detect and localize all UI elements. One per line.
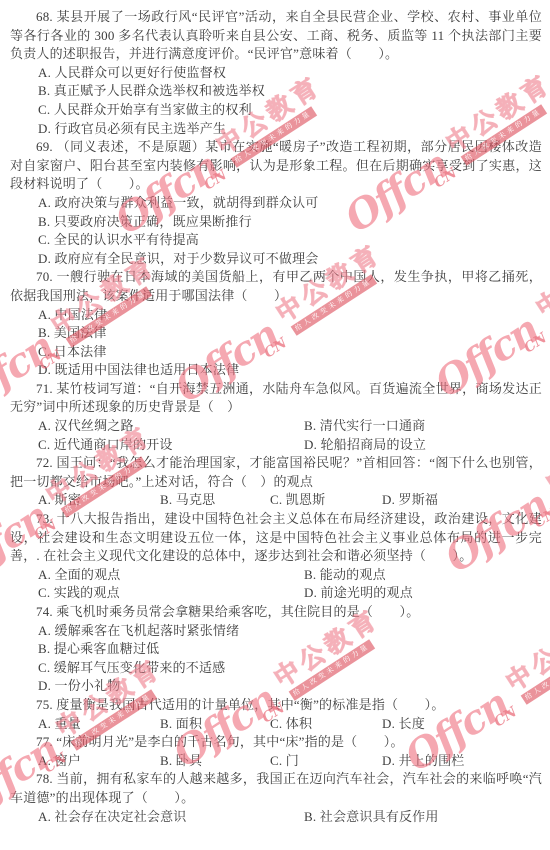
question-block: 73. 十八大报告指出，建设中国特色社会主义总体在布局经济建设，政治建设，文化建… (10, 510, 542, 603)
option-item: D. 罗斯福 (382, 491, 542, 510)
option-item: C. 实践的观点 (10, 584, 276, 603)
question-stem: 72. 国王问：“我怎么才能治理国家，才能富国裕民呢？”首相回答：“阁下什么也别… (10, 454, 542, 491)
question-list: 68. 某县开展了一场政行风“民评官”活动，来自全县民营企业、学校、农村、事业单… (10, 8, 542, 826)
option-item: C. 体积 (270, 715, 382, 734)
option-item: B. 美国法律 (10, 324, 542, 343)
option-group: A. 政府决策与群众利益一致，就胡得到群众认可B. 只要政府决策正确，既应果断推… (10, 194, 542, 268)
option-group: A. 全面的观点B. 能动的观点C. 实践的观点D. 前途光明的观点 (10, 566, 542, 603)
question-block: 72. 国王问：“我怎么才能治理国家，才能富国裕民呢？”首相回答：“阁下什么也别… (10, 454, 542, 510)
question-block: 71. 某竹枝词写道：“自开海禁五洲通，水陆舟车急似风。百货遍流全世界，商场发达… (10, 380, 542, 454)
option-item: C. 全民的认识水平有待提高 (10, 231, 542, 250)
question-block: 68. 某县开展了一场政行风“民评官”活动，来自全县民营企业、学校、农村、事业单… (10, 8, 542, 138)
option-item: A. 窗户 (10, 752, 160, 771)
option-item: B. 真正赋予人民群众选举权和被选举权 (10, 82, 542, 101)
question-stem: 73. 十八大报告指出，建设中国特色社会主义总体在布局经济建设，政治建设，文化建… (10, 510, 542, 566)
watermark-brand-text: 中公教育 (541, 410, 550, 498)
option-item: B. 社会意识具有反作用 (276, 808, 542, 827)
option-item: B. 马克思 (160, 491, 270, 510)
question-stem: 68. 某县开展了一场政行风“民评官”活动，来自全县民营企业、学校、农村、事业单… (10, 8, 542, 64)
option-group: A. 斯密B. 马克思C. 凯恩斯D. 罗斯福 (10, 491, 542, 510)
option-group: A. 人民群众可以更好行使监督权B. 真正赋予人民群众选举权和被选举权C. 人民… (10, 64, 542, 138)
option-item: C. 近代通商口岸的开设 (10, 436, 276, 455)
option-item: B. 提心乘客血糖过低 (10, 640, 542, 659)
question-stem: 70. 一艘行驶在日本海域的美国货船上，有甲乙两个中国人，发生争执，甲将乙捅死，… (10, 268, 542, 305)
option-item: D. 轮船招商局的设立 (276, 436, 542, 455)
document-page: 68. 某县开展了一场政行风“民评官”活动，来自全县民营企业、学校、农村、事业单… (0, 0, 550, 850)
question-block: 78. 当前，拥有私家车的人越来越多，我国正在迈向汽车社会，汽车社会的来临呼唤“… (10, 770, 542, 826)
option-group: A. 窗户B. 卧具C. 门D. 井上的围栏 (10, 752, 542, 771)
question-block: 77. “床前明月光”是李白的千古名句，其中“床”指的是（ ）。 A. 窗户B.… (10, 733, 542, 770)
option-item: C. 人民群众开始享有当家做主的权利 (10, 101, 542, 120)
option-group: A. 缓解乘客在飞机起落时紧张情绪B. 提心乘客血糖过低C. 缓解耳气压变化带来… (10, 622, 542, 696)
option-item: C. 门 (270, 752, 382, 771)
option-item: A. 缓解乘客在飞机起落时紧张情绪 (10, 622, 542, 641)
option-item: D. 行政官员必须有民主选举产生 (10, 120, 542, 139)
option-item: A. 重量 (10, 715, 160, 734)
question-stem: 77. “床前明月光”是李白的千古名句，其中“床”指的是（ ）。 (10, 733, 542, 752)
option-item: A. 社会存在决定社会意识 (10, 808, 276, 827)
question-block: 70. 一艘行驶在日本海域的美国货船上，有甲乙两个中国人，发生争执，甲将乙捅死，… (10, 268, 542, 380)
option-item: D. 一份小礼物 (10, 677, 542, 696)
option-item: D. 井上的围栏 (382, 752, 542, 771)
question-stem: 74. 乘飞机时乘务员常会拿糖果给乘客吃，其住院目的是（ ）。 (10, 603, 542, 622)
option-item: D. 政府应有全民意识，对于少数异议可不做理会 (10, 250, 542, 269)
question-stem: 71. 某竹枝词写道：“自开海禁五洲通，水陆舟车急似风。百货遍流全世界，商场发达… (10, 380, 542, 417)
option-item: D. 长度 (382, 715, 542, 734)
option-item: A. 汉代丝绸之路 (10, 417, 276, 436)
watermark-brand-block: 中公教育 给人改变未来的力量 (541, 410, 550, 508)
option-item: D. 前途光明的观点 (276, 584, 542, 603)
option-item: C. 缓解耳气压变化带来的不适感 (10, 659, 542, 678)
option-item: A. 政府决策与群众利益一致，就胡得到群众认可 (10, 194, 542, 213)
option-group: A. 中国法律B. 美国法律C. 日本法律D. 既适用中国法律也适用日本法律 (10, 306, 542, 380)
option-item: B. 卧具 (160, 752, 270, 771)
option-group: A. 重量B. 面积C. 体积D. 长度 (10, 715, 542, 734)
option-item: C. 凯恩斯 (270, 491, 382, 510)
option-item: B. 只要政府决策正确，既应果断推行 (10, 213, 542, 232)
question-block: 75. 度量衡是我国古代适用的计量单位，其中“衡”的标准是指（ ）。 A. 重量… (10, 696, 542, 733)
option-item: C. 日本法律 (10, 343, 542, 362)
option-item: B. 清代实行一口通商 (276, 417, 542, 436)
option-item: A. 斯密 (10, 491, 160, 510)
option-item: B. 能动的观点 (276, 566, 542, 585)
question-stem: 75. 度量衡是我国古代适用的计量单位，其中“衡”的标准是指（ ）。 (10, 696, 542, 715)
question-stem: 78. 当前，拥有私家车的人越来越多，我国正在迈向汽车社会，汽车社会的来临呼唤“… (10, 770, 542, 807)
option-item: A. 人民群众可以更好行使监督权 (10, 64, 542, 83)
option-item: A. 中国法律 (10, 306, 542, 325)
question-block: 69. （同义表述，不是原题）某市在实施“暖房子”改造工程初期，部分居民因楼体改… (10, 138, 542, 268)
option-item: D. 既适用中国法律也适用日本法律 (10, 361, 542, 380)
option-group: A. 汉代丝绸之路B. 清代实行一口通商C. 近代通商口岸的开设D. 轮船招商局… (10, 417, 542, 454)
option-item: B. 面积 (160, 715, 270, 734)
question-stem: 69. （同义表述，不是原题）某市在实施“暖房子”改造工程初期，部分居民因楼体改… (10, 138, 542, 194)
question-block: 74. 乘飞机时乘务员常会拿糖果给乘客吃，其住院目的是（ ）。 A. 缓解乘客在… (10, 603, 542, 696)
option-group: A. 社会存在决定社会意识B. 社会意识具有反作用 (10, 808, 542, 827)
option-item: A. 全面的观点 (10, 566, 276, 585)
